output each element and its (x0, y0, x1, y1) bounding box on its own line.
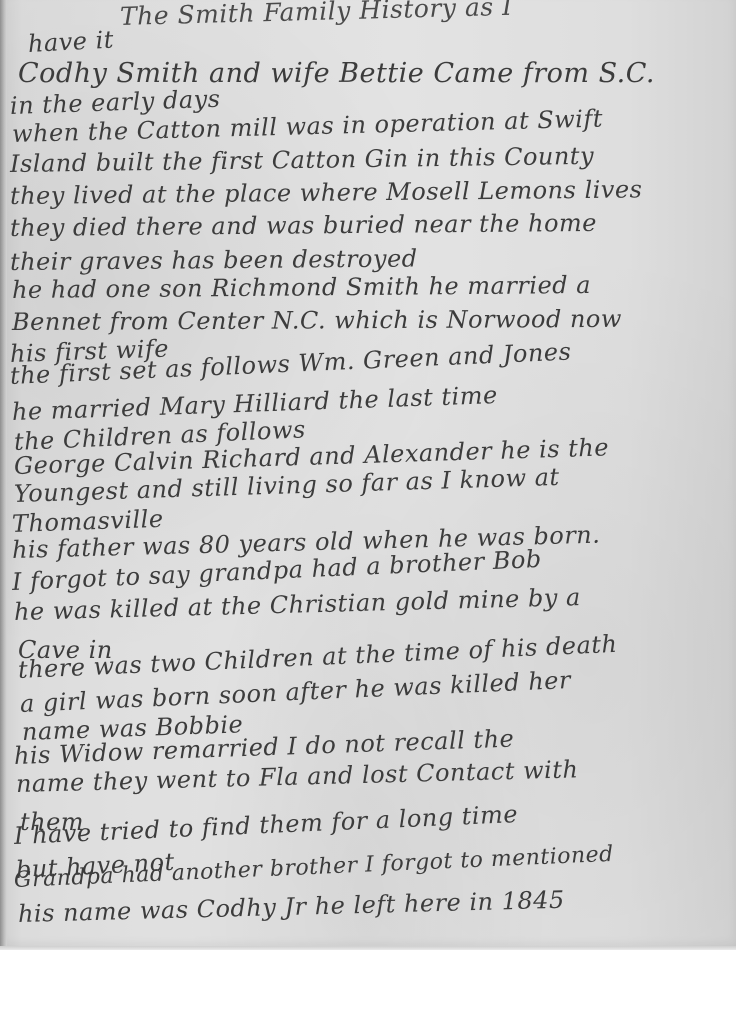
scanned-page: The Smith Family History as I have it Co… (0, 0, 736, 950)
scanner-blank-margin (0, 950, 736, 1024)
letter-line: Bennet from Center N.C. which is Norwood… (12, 305, 622, 336)
letter-line: Island built the first Catton Gin in thi… (10, 142, 594, 178)
letter-line: Codhy Smith and wife Bettie Came from S.… (18, 58, 655, 89)
letter-line: they died there and was buried near the … (10, 209, 597, 242)
letter-line: his name was Codhy Jr he left here in 18… (18, 886, 565, 928)
letter-line: he had one son Richmond Smith he married… (12, 271, 591, 304)
letter-line: they lived at the place where Mosell Lem… (10, 175, 643, 210)
letter-title: The Smith Family History as I (120, 0, 513, 31)
handwritten-letter: The Smith Family History as I have it Co… (0, 0, 736, 950)
letter-line: have it (27, 26, 114, 58)
letter-line: Grandpa had another brother I forgot to … (13, 842, 614, 893)
letter-line: I have tried to find them for a long tim… (13, 800, 518, 850)
letter-line: their graves has been destroyed (10, 244, 418, 276)
